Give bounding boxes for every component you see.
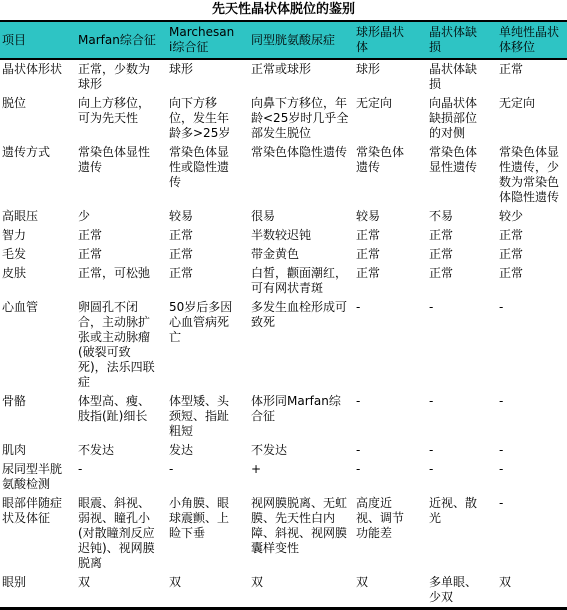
cell: 50岁后多因心血管病死亡 (167, 298, 249, 392)
cell: - (167, 460, 249, 494)
cell: 体型矮、头颈短、指趾粗短 (167, 392, 249, 441)
row-label: 尿同型半胱氨酸检测 (0, 460, 76, 494)
cell: - (427, 298, 497, 392)
cell: 体型高、瘦、肢指(趾)细长 (76, 392, 167, 441)
cell: + (249, 460, 354, 494)
row-label: 脱位 (0, 94, 76, 143)
cell: 小角膜、眼球震颤、上睑下垂 (167, 494, 249, 573)
cell: 正常 (354, 245, 427, 264)
table-row: 皮肤正常，可松弛正常白皙，颧面潮红，可有网状青斑正常正常正常 (0, 264, 567, 298)
column-header: 同型胱氨酸尿症 (249, 21, 354, 59)
row-label: 肌肉 (0, 441, 76, 460)
cell: 向上方移位，可为先天性 (76, 94, 167, 143)
table-row: 高眼压少较易很易较易不易较少 (0, 207, 567, 226)
cell: 双 (76, 573, 167, 609)
cell: 不发达 (76, 441, 167, 460)
cell: 常染色体显性遗传 (427, 143, 497, 207)
cell: 较少 (497, 207, 567, 226)
table-body: 晶状体形状正常，少数为球形球形正常或球形球形晶状体缺损正常脱位向上方移位，可为先… (0, 59, 567, 609)
cell: 较易 (167, 207, 249, 226)
cell: 正常 (427, 245, 497, 264)
row-label: 皮肤 (0, 264, 76, 298)
cell: 半数较迟钝 (249, 226, 354, 245)
row-label: 骨骼 (0, 392, 76, 441)
cell: 晶状体缺损 (427, 59, 497, 94)
cell: - (354, 392, 427, 441)
cell: 带金黄色 (249, 245, 354, 264)
cell: 少 (76, 207, 167, 226)
cell: 正常，少数为球形 (76, 59, 167, 94)
cell: 正常 (497, 245, 567, 264)
cell: 正常 (76, 245, 167, 264)
table-row: 遗传方式常染色体显性遗传常染色体显性或隐性遗传常染色体隐性遗传常染色体遗传常染色… (0, 143, 567, 207)
cell: - (497, 441, 567, 460)
cell: 常染色体遗传 (354, 143, 427, 207)
cell: 白皙，颧面潮红，可有网状青斑 (249, 264, 354, 298)
cell: 发达 (167, 441, 249, 460)
table-row: 肌肉不发达发达不发达--- (0, 441, 567, 460)
cell: 常染色体显性遗传 (76, 143, 167, 207)
table-row: 智力正常正常半数较迟钝正常正常正常 (0, 226, 567, 245)
cell: 正常或球形 (249, 59, 354, 94)
cell: 正常 (427, 226, 497, 245)
cell: 无定向 (354, 94, 427, 143)
row-label: 心血管 (0, 298, 76, 392)
cell: 眼震、斜视、弱视、瞳孔小(对散瞳剂反应迟钝)、视网膜脱离 (76, 494, 167, 573)
cell: 正常 (354, 264, 427, 298)
cell: 很易 (249, 207, 354, 226)
column-header: 单纯性晶状体移位 (497, 21, 567, 59)
cell: 正常 (167, 264, 249, 298)
cell: 双 (354, 573, 427, 609)
cell: 近视、散光 (427, 494, 497, 573)
cell: - (354, 441, 427, 460)
cell: 卵圆孔不闭合，主动脉扩张或主动脉瘤(破裂可致死)，法乐四联症 (76, 298, 167, 392)
cell: - (497, 298, 567, 392)
cell: 多单眼、少双 (427, 573, 497, 609)
cell: - (354, 460, 427, 494)
table-row: 心血管卵圆孔不闭合，主动脉扩张或主动脉瘤(破裂可致死)，法乐四联症50岁后多因心… (0, 298, 567, 392)
cell: 无定向 (497, 94, 567, 143)
column-header: Marfan综合征 (76, 21, 167, 59)
cell: 向晶状体缺损部位的对侧 (427, 94, 497, 143)
cell: - (497, 392, 567, 441)
row-label: 毛发 (0, 245, 76, 264)
cell: - (497, 460, 567, 494)
cell: 较易 (354, 207, 427, 226)
header-row: 项目Marfan综合征Marchesani综合征同型胱氨酸尿症球形晶状体晶状体缺… (0, 21, 567, 59)
cell: 正常，可松弛 (76, 264, 167, 298)
table-row: 晶状体形状正常，少数为球形球形正常或球形球形晶状体缺损正常 (0, 59, 567, 94)
table-row: 脱位向上方移位，可为先天性向下方移位，发生年龄多>25岁向鼻下方移位，年龄<25… (0, 94, 567, 143)
cell: 双 (497, 573, 567, 609)
differential-table: 项目Marfan综合征Marchesani综合征同型胱氨酸尿症球形晶状体晶状体缺… (0, 20, 567, 610)
cell: - (354, 298, 427, 392)
cell: 球形 (354, 59, 427, 94)
row-label: 眼别 (0, 573, 76, 609)
table-header: 项目Marfan综合征Marchesani综合征同型胱氨酸尿症球形晶状体晶状体缺… (0, 21, 567, 59)
cell: 向鼻下方移位，年龄<25岁时几乎全部发生脱位 (249, 94, 354, 143)
column-header: 项目 (0, 21, 76, 59)
cell: 不易 (427, 207, 497, 226)
page: 先天性晶状体脱位的鉴别 项目Marfan综合征Marchesani综合征同型胱氨… (0, 0, 567, 610)
row-label: 眼部伴随症状及体征 (0, 494, 76, 573)
cell: 体形同Marfan综合征 (249, 392, 354, 441)
cell: - (427, 460, 497, 494)
cell: 视网膜脱离、无虹膜、先天性白内障、斜视、视网膜囊样变性 (249, 494, 354, 573)
cell: 正常 (497, 264, 567, 298)
cell: - (427, 392, 497, 441)
table-row: 尿同型半胱氨酸检测--+--- (0, 460, 567, 494)
cell: 双 (167, 573, 249, 609)
column-header: Marchesani综合征 (167, 21, 249, 59)
cell: 向下方移位，发生年龄多>25岁 (167, 94, 249, 143)
cell: 不发达 (249, 441, 354, 460)
table-row: 眼部伴随症状及体征眼震、斜视、弱视、瞳孔小(对散瞳剂反应迟钝)、视网膜脱离小角膜… (0, 494, 567, 573)
row-label: 晶状体形状 (0, 59, 76, 94)
cell: - (427, 441, 497, 460)
cell: 常染色体隐性遗传 (249, 143, 354, 207)
cell: 高度近视、调节功能差 (354, 494, 427, 573)
cell: 多发生血栓形成可致死 (249, 298, 354, 392)
table-row: 眼别双双双双多单眼、少双双 (0, 573, 567, 609)
cell: 正常 (167, 245, 249, 264)
row-label: 遗传方式 (0, 143, 76, 207)
cell: 正常 (427, 264, 497, 298)
column-header: 晶状体缺损 (427, 21, 497, 59)
row-label: 智力 (0, 226, 76, 245)
table-row: 毛发正常正常带金黄色正常正常正常 (0, 245, 567, 264)
cell: 正常 (497, 226, 567, 245)
cell: 球形 (167, 59, 249, 94)
cell: - (497, 494, 567, 573)
row-label: 高眼压 (0, 207, 76, 226)
cell: 正常 (354, 226, 427, 245)
page-title: 先天性晶状体脱位的鉴别 (0, 0, 567, 20)
column-header: 球形晶状体 (354, 21, 427, 59)
cell: 正常 (167, 226, 249, 245)
cell: 正常 (76, 226, 167, 245)
cell: 常染色体显性遗传，少数为常染色体隐性遗传 (497, 143, 567, 207)
cell: - (76, 460, 167, 494)
cell: 常染色体显性或隐性遗传 (167, 143, 249, 207)
cell: 正常 (497, 59, 567, 94)
table-row: 骨骼体型高、瘦、肢指(趾)细长体型矮、头颈短、指趾粗短体形同Marfan综合征-… (0, 392, 567, 441)
cell: 双 (249, 573, 354, 609)
